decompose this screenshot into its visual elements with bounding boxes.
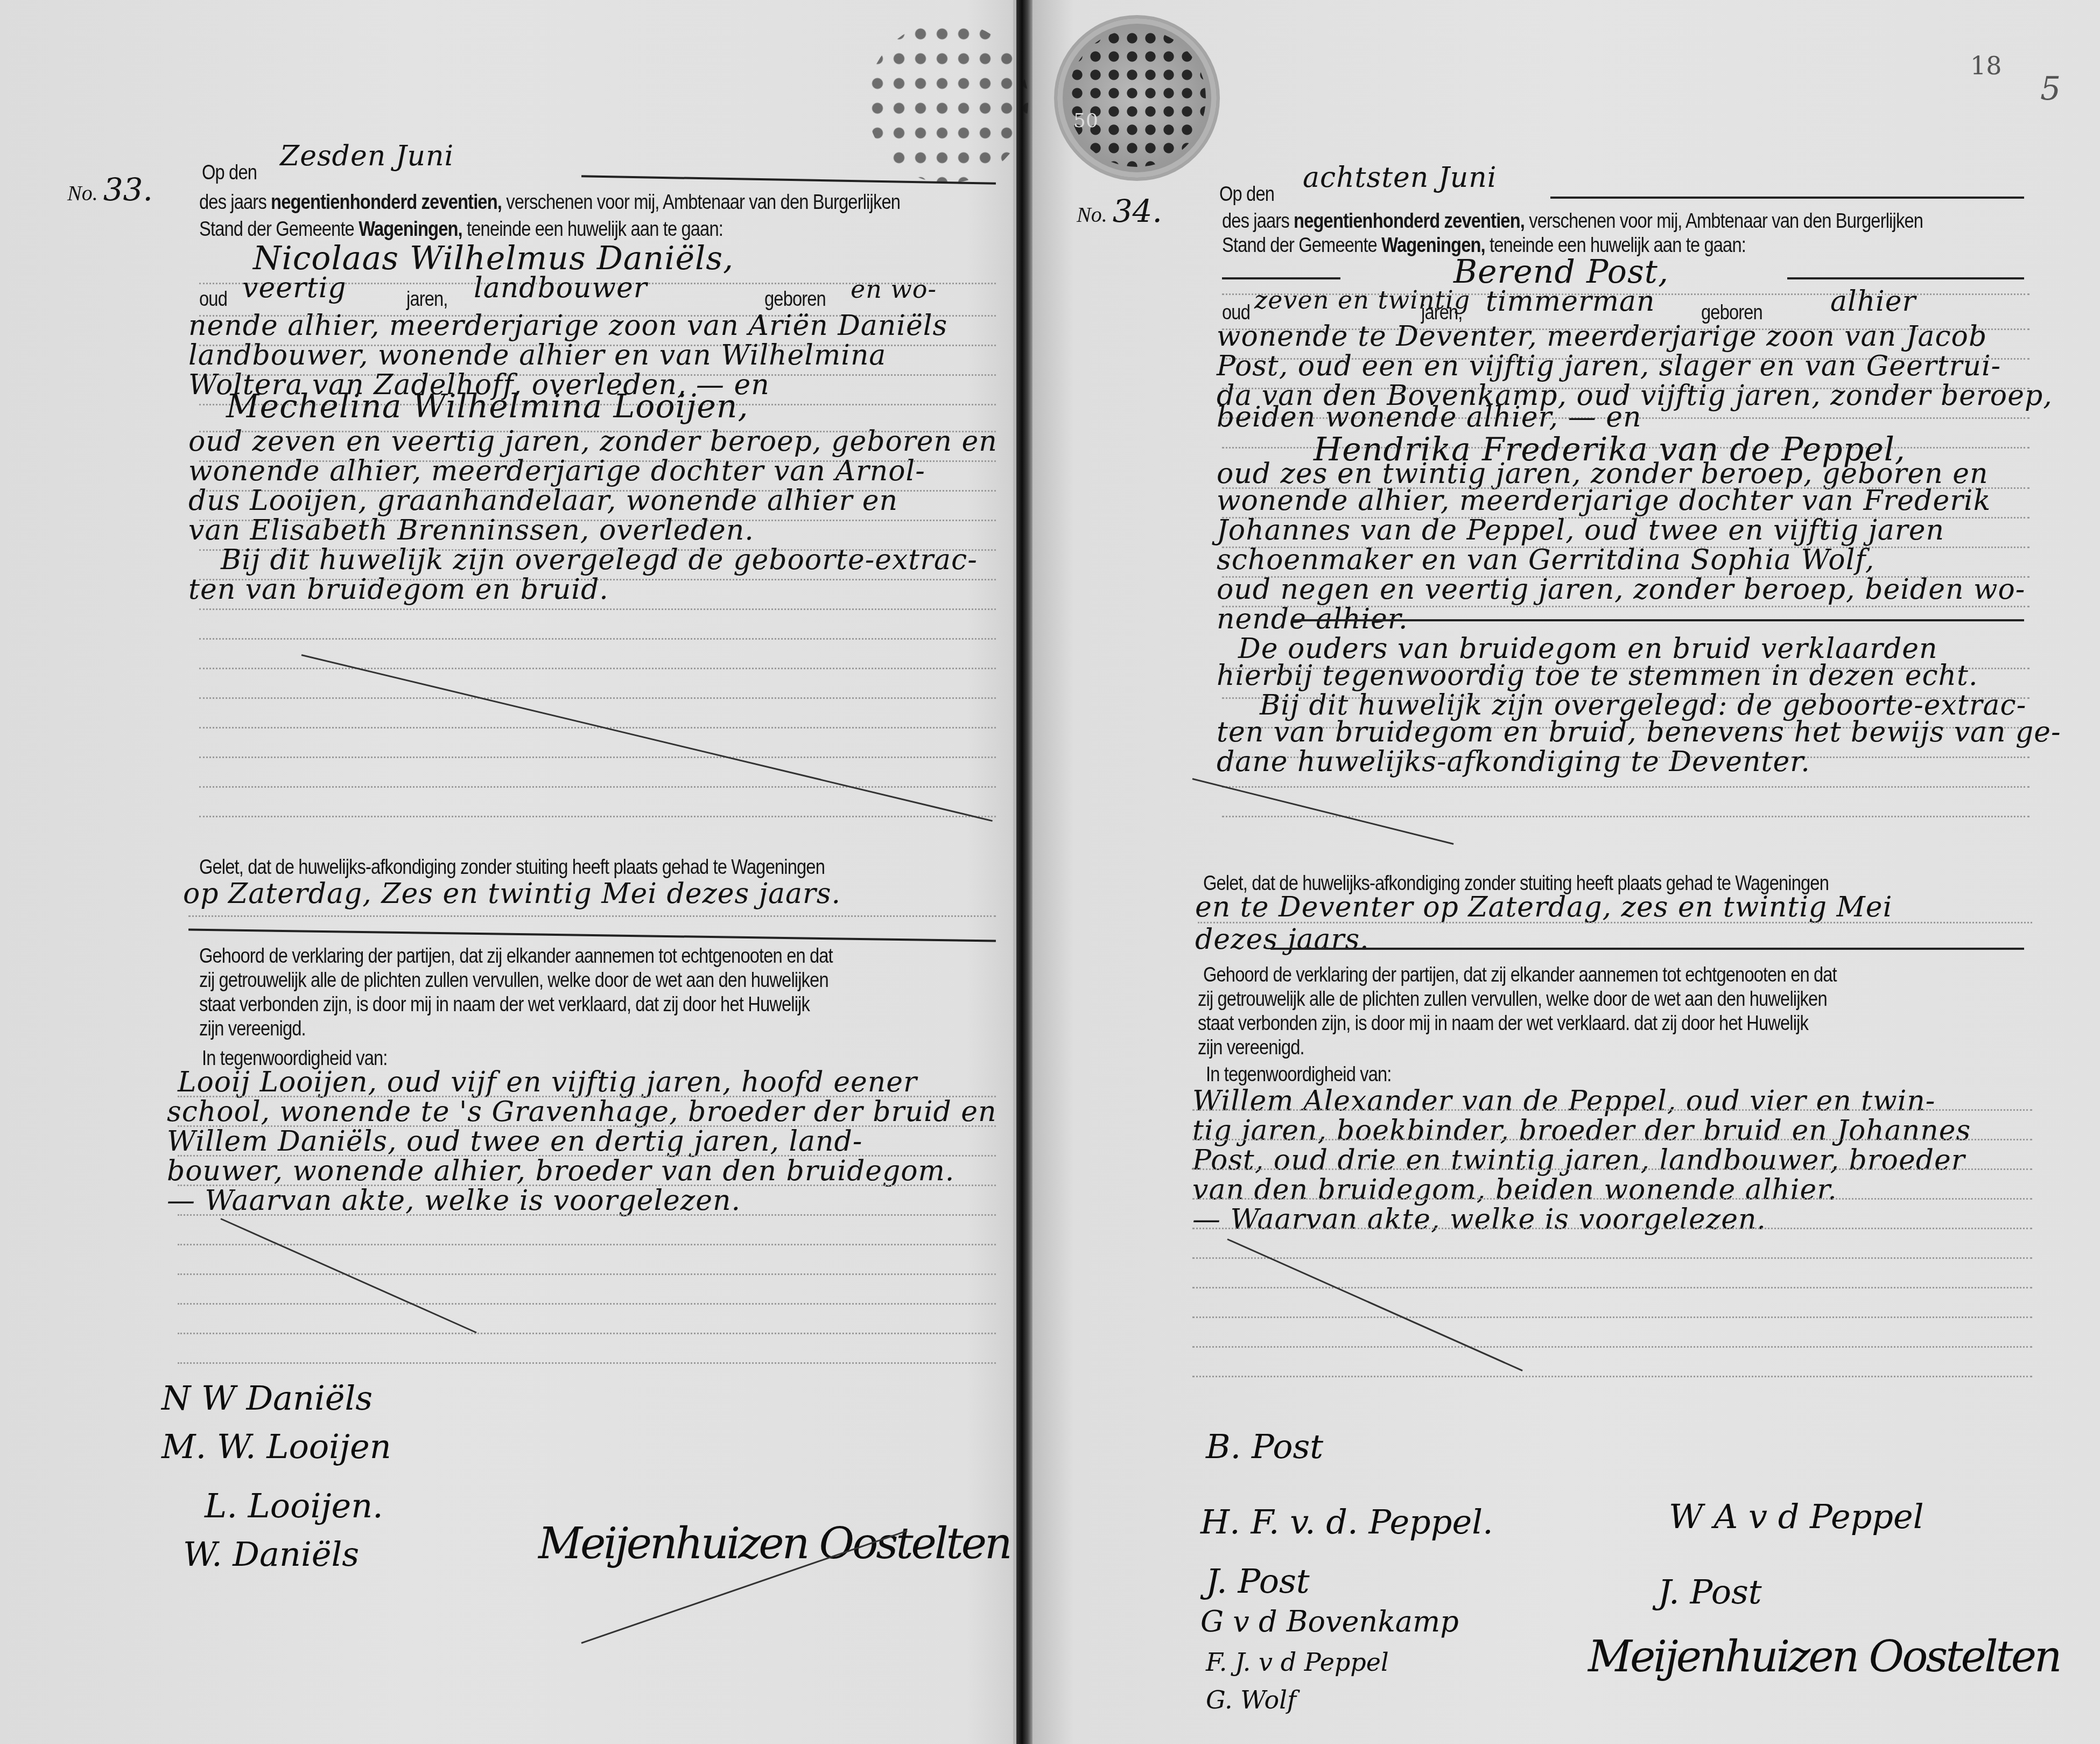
gehoord-line: staat verbonden zijn, is door mij in naa… xyxy=(199,993,810,1017)
witness-line: — Waarvan akte, welke is voorgelezen. xyxy=(1192,1203,1766,1236)
intro-line-2: des jaars negentienhonderd zeventien, ve… xyxy=(1222,210,1923,233)
oud-label: oud xyxy=(199,288,227,311)
signature-registrar: Meijenhuizen Oostelten xyxy=(1588,1631,2060,1682)
signature-father-groom: J. Post xyxy=(1206,1561,1310,1601)
signature-mother-bride: G. Wolf xyxy=(1206,1685,1296,1714)
page-number: 18 xyxy=(1970,51,2002,80)
marriage-date: Zesden Juni xyxy=(280,140,454,172)
signature-witness-2: J. Post xyxy=(1658,1572,1762,1612)
signature-registrar: Meijenhuizen Oostelten xyxy=(538,1518,1010,1568)
signature-bride: H. F. v. d. Peppel. xyxy=(1200,1502,1493,1542)
gehoord-line: zij getrouwelijk alle de plichten zullen… xyxy=(199,969,828,992)
book-gutter xyxy=(1016,0,1033,1744)
groom-detail-line: beiden wonende alhier, — en xyxy=(1217,401,1641,433)
gehoord-line: staat verbonden zijn, is door mij in naa… xyxy=(1198,1012,1808,1035)
documents-line: ten van bruidegom en bruid. xyxy=(188,573,609,606)
signature-father-bride: F. J. v d Peppel xyxy=(1206,1648,1389,1677)
witness-line: Post, oud drie en twintig jaren, landbou… xyxy=(1192,1144,1965,1176)
entry-number: No.34. xyxy=(1077,193,1162,229)
groom-birthplace: en wo- xyxy=(851,275,937,304)
consent-line: hierbij tegenwoordig toe te stemmen in d… xyxy=(1217,660,1978,692)
gehoord-line: zij getrouwelijk alle de plichten zullen… xyxy=(1198,988,1827,1011)
documents-line: ten van bruidegom en bruid, benevens het… xyxy=(1217,716,2061,748)
signature-bride: M. W. Looijen xyxy=(161,1427,391,1466)
revenue-stamp-icon: 50 xyxy=(1054,15,1220,181)
intro-line-3: Stand der Gemeente Wageningen, teneinde … xyxy=(199,218,723,241)
bride-detail-line: van Elisabeth Brenninssen, overleden. xyxy=(188,514,754,547)
gehoord-line: Gehoord de verklaring der partijen, dat … xyxy=(199,945,833,968)
signature-groom: N W Daniëls xyxy=(161,1378,373,1418)
signature-mother-groom: G v d Bovenkamp xyxy=(1200,1605,1459,1638)
marriage-date: achtsten Juni xyxy=(1303,162,1497,194)
intro-line-2: des jaars negentienhonderd zeventien, ve… xyxy=(199,191,900,214)
witness-line: Willem Daniëls, oud twee en dertig jaren… xyxy=(167,1125,862,1158)
geboren-label: geboren xyxy=(764,288,826,311)
groom-detail-line: nende alhier, meerderjarige zoon van Ari… xyxy=(188,310,947,342)
tegenwoordigheid-label: In tegenwoordigheid van: xyxy=(1206,1063,1392,1087)
op-den-label: Op den xyxy=(202,162,257,185)
gelet-handwritten: dezes jaars. xyxy=(1195,923,1369,956)
documents-line: Bij dit huwelijk zijn overgelegd de gebo… xyxy=(221,544,978,576)
groom-detail-line: wonende te Deventer, meerderjarige zoon … xyxy=(1217,320,1987,353)
bride-detail-line: Johannes van de Peppel, oud twee en vijf… xyxy=(1217,514,1944,547)
gehoord-line: zijn vereenigd. xyxy=(199,1018,306,1041)
groom-birthplace: alhier xyxy=(1830,285,1916,318)
documents-line: dane huwelijks-afkondiging te Deventer. xyxy=(1217,746,1810,778)
bride-detail-line: wonende alhier, meerderjarige dochter va… xyxy=(1217,485,1991,517)
gelet-handwritten: en te Deventer op Zaterdag, zes en twint… xyxy=(1195,891,1892,923)
witness-line: Willem Alexander van de Peppel, oud vier… xyxy=(1192,1085,1935,1117)
gelet-handwritten: op Zaterdag, Zes en twintig Mei dezes ja… xyxy=(183,878,841,910)
revenue-stamp-value: 50 xyxy=(1073,110,1098,132)
bride-name: Mechelina Wilhelmina Looijen, xyxy=(226,388,749,425)
bride-detail-line: oud zeven en veertig jaren, zonder beroe… xyxy=(188,425,998,458)
signature-groom: B. Post xyxy=(1206,1427,1323,1466)
groom-occupation: timmerman xyxy=(1486,285,1655,318)
groom-detail-line: landbouwer, wonende alhier en van Wilhel… xyxy=(188,339,886,372)
perforation-stamp-icon xyxy=(867,22,1028,183)
folio-mark: 5 xyxy=(2040,70,2061,108)
signature-witness-1: W A v d Peppel xyxy=(1669,1497,1924,1536)
bride-detail-line: oud negen en veertig jaren, zonder beroe… xyxy=(1217,573,2025,606)
gelet-text: Gelet, dat de huwelijks-afkondiging zond… xyxy=(199,856,825,879)
op-den-label: Op den xyxy=(1219,183,1274,206)
bride-detail-line: dus Looijen, graanhandelaar, wonende alh… xyxy=(188,485,898,517)
witness-line: bouwer, wonende alhier, broeder van den … xyxy=(167,1155,954,1187)
bride-detail-line: wonende alhier, meerderjarige dochter va… xyxy=(188,455,925,487)
witness-line: tig jaren, boekbinder, broeder der bruid… xyxy=(1192,1115,1971,1147)
signature-witness-2: W. Daniëls xyxy=(183,1535,359,1574)
entry-number: No.33. xyxy=(67,171,153,208)
groom-occupation: landbouwer xyxy=(474,272,648,304)
gehoord-line: Gehoord de verklaring der partijen, dat … xyxy=(1203,964,1837,987)
groom-age: veertig xyxy=(242,272,347,304)
witness-line: van den bruidegom, beiden wonende alhier… xyxy=(1192,1174,1837,1206)
witness-line: Looij Looijen, oud vijf en vijftig jaren… xyxy=(178,1066,917,1098)
bride-detail-line: schoenmaker en van Gerritdina Sophia Wol… xyxy=(1217,544,1874,576)
jaren-label: jaren, xyxy=(406,288,448,311)
gehoord-line: zijn vereenigd. xyxy=(1198,1036,1304,1060)
signature-witness-1: L. Looijen. xyxy=(205,1486,383,1525)
witness-line: school, wonende te 's Gravenhage, broede… xyxy=(167,1096,997,1128)
witness-line: — Waarvan akte, welke is voorgelezen. xyxy=(167,1185,741,1217)
groom-detail-line: Post, oud een en vijftig jaren, slager e… xyxy=(1217,350,2001,382)
